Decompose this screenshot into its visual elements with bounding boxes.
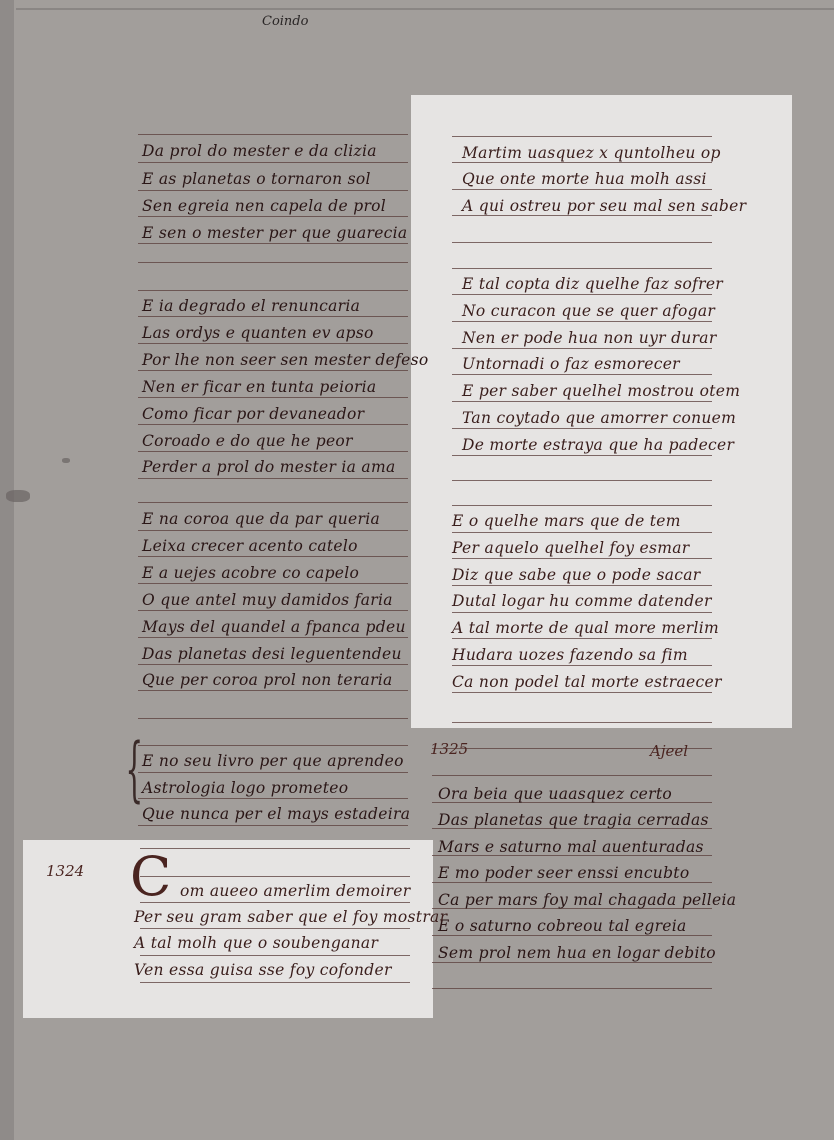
verse-line: Dutal logar hu comme datender bbox=[452, 592, 712, 610]
verse-line: E sen o mester per que guarecia bbox=[142, 224, 407, 242]
verse-line: A tal morte de qual more merlim bbox=[452, 619, 719, 637]
verse-line: Leixa crecer acento catelo bbox=[142, 537, 358, 555]
verse-line: Perder a prol do mester ia ama bbox=[142, 458, 396, 476]
folio-number: 1325 bbox=[430, 740, 468, 758]
verse-line: E mo poder seer enssi encubto bbox=[438, 864, 689, 882]
margin-smudge bbox=[6, 490, 30, 502]
verse-line: Sen egreia nen capela de prol bbox=[142, 197, 386, 215]
verse-line: O que antel muy damidos faria bbox=[142, 591, 393, 609]
verse-line: Ca per mars foy mal chagada pelleia bbox=[438, 891, 736, 909]
verse-line: Que per coroa prol non teraria bbox=[142, 671, 393, 689]
margin-dots bbox=[62, 458, 70, 463]
verse-line: Astrologia logo prometeo bbox=[142, 779, 348, 797]
verse-line: De morte estraya que ha padecer bbox=[462, 436, 734, 454]
verse-line: E o quelhe mars que de tem bbox=[452, 512, 681, 530]
verse-line: Nen er ficar en tunta peioria bbox=[142, 378, 376, 396]
margin-note: Ajeel bbox=[650, 742, 688, 760]
verse-line: Per seu gram saber que el foy mostrar bbox=[134, 908, 447, 926]
verse-line: Ven essa guisa sse foy cofonder bbox=[134, 961, 392, 979]
verse-line: Das planetas que tragia cerradas bbox=[438, 811, 709, 829]
verse-line: Por lhe non seer sen mester defeso bbox=[142, 351, 428, 369]
folio-number: 1324 bbox=[46, 862, 84, 880]
decorated-initial: C bbox=[130, 845, 171, 908]
verse-line: Untornadi o faz esmorecer bbox=[462, 355, 680, 373]
verse-line: E as planetas o tornaron sol bbox=[142, 170, 371, 188]
page-top-edge bbox=[16, 8, 834, 10]
verse-line: Tan coytado que amorrer conuem bbox=[462, 409, 736, 427]
verse-line: E ia degrado el renuncaria bbox=[142, 297, 360, 315]
verse-line: Das planetas desi leguentendeu bbox=[142, 645, 402, 663]
verse-line: Que nunca per el mays estadeira bbox=[142, 805, 410, 823]
verse-line: Per aquelo quelhel foy esmar bbox=[452, 539, 689, 557]
verse-line: Las ordys e quanten ev apso bbox=[142, 324, 374, 342]
verse-line: E per saber quelhel mostrou otem bbox=[462, 382, 740, 400]
verse-line: Sem prol nem hua en logar debito bbox=[438, 944, 716, 962]
verse-line: Da prol do mester e da clizia bbox=[142, 142, 377, 160]
verse-line: Nen er pode hua non uyr durar bbox=[462, 329, 717, 347]
verse-line: Hudara uozes fazendo sa fim bbox=[452, 646, 688, 664]
manuscript-page: Coindo Da prol do mester bbox=[0, 0, 834, 1140]
verse-line: No curacon que se quer afogar bbox=[462, 302, 715, 320]
verse-line: Martim uasquez x quntolheu op bbox=[462, 144, 721, 162]
verse-line: om aueeo amerlim demoirer bbox=[180, 882, 410, 900]
verse-line: Coroado e do que he peor bbox=[142, 432, 353, 450]
verse-line: E na coroa que da par queria bbox=[142, 510, 380, 528]
verse-line: E a uejes acobre co capelo bbox=[142, 564, 359, 582]
header-annotation: Coindo bbox=[262, 14, 308, 29]
verse-line: Mars e saturno mal auenturadas bbox=[438, 838, 704, 856]
verse-line: Diz que sabe que o pode sacar bbox=[452, 566, 700, 584]
verse-line: Mays del quandel a fpanca pdeu bbox=[142, 618, 406, 636]
highlight-region-lower-left bbox=[23, 840, 433, 1018]
verse-line: E no seu livro per que aprendeo bbox=[142, 752, 404, 770]
bracket-mark: { bbox=[125, 728, 143, 810]
verse-line: Como ficar por devaneador bbox=[142, 405, 364, 423]
verse-line: E tal copta diz quelhe faz sofrer bbox=[462, 275, 723, 293]
verse-line: Ora beia que uaasquez certo bbox=[438, 785, 672, 803]
page-binding-edge bbox=[0, 0, 14, 1140]
verse-line: A tal molh que o soubenganar bbox=[134, 934, 378, 952]
verse-line: A qui ostreu por seu mal sen saber bbox=[462, 197, 746, 215]
verse-line: Ca non podel tal morte estraecer bbox=[452, 673, 722, 691]
verse-line: Que onte morte hua molh assi bbox=[462, 170, 707, 188]
verse-line: E o saturno cobreou tal egreia bbox=[438, 917, 687, 935]
